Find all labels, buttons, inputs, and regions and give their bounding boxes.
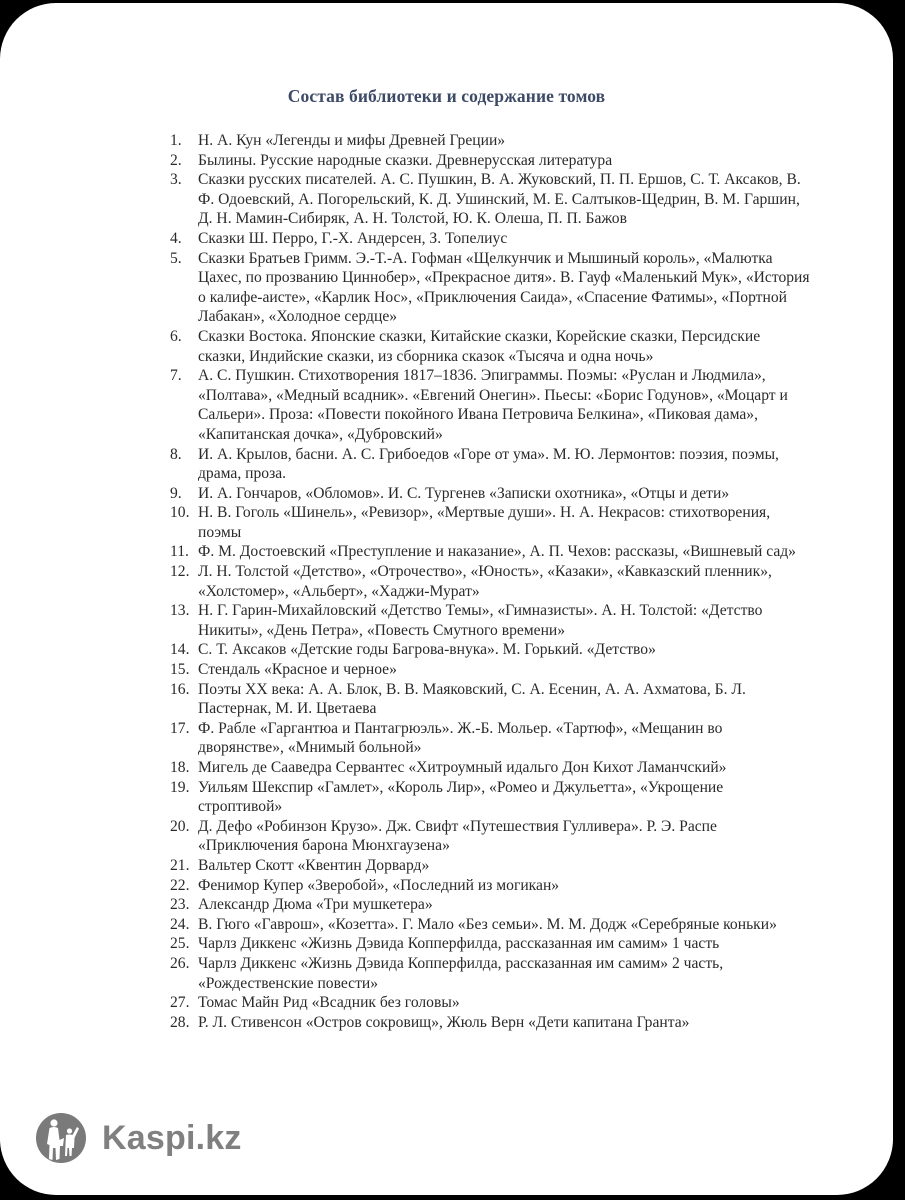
volume-contents: Н. Г. Гарин-Михайловский «Детство Темы»,… bbox=[198, 601, 810, 640]
volume-item: 28.Р. Л. Стивенсон «Остров сокровищ», Жю… bbox=[170, 1013, 810, 1033]
volume-number: 24. bbox=[170, 915, 190, 935]
volume-item: 13.Н. Г. Гарин-Михайловский «Детство Тем… bbox=[170, 601, 810, 640]
volume-item: 22.Фенимор Купер «Зверобой», «Последний … bbox=[170, 876, 810, 896]
volume-number: 7. bbox=[170, 366, 182, 386]
volume-contents: Сказки Братьев Гримм. Э.-Т.-А. Гофман «Щ… bbox=[198, 249, 810, 327]
volume-number: 23. bbox=[170, 895, 190, 915]
volume-item: 11.Ф. М. Достоевский «Преступление и нак… bbox=[170, 542, 810, 562]
volume-number: 10. bbox=[170, 503, 190, 523]
volume-item: 12.Л. Н. Толстой «Детство», «Отрочество»… bbox=[170, 562, 810, 601]
volume-item: 9.И. А. Гончаров, «Обломов». И. С. Турге… bbox=[170, 484, 810, 504]
volume-number: 6. bbox=[170, 327, 182, 347]
volume-contents: Сказки русских писателей. А. С. Пушкин, … bbox=[198, 170, 810, 229]
volume-number: 17. bbox=[170, 719, 190, 739]
volume-contents: Александр Дюма «Три мушкетера» bbox=[198, 895, 810, 915]
volume-item: 7.А. С. Пушкин. Стихотворения 1817–1836.… bbox=[170, 366, 810, 444]
volume-item: 5.Сказки Братьев Гримм. Э.-Т.-А. Гофман … bbox=[170, 249, 810, 327]
volume-item: 16.Поэты XX века: А. А. Блок, В. В. Маяк… bbox=[170, 680, 810, 719]
volume-number: 18. bbox=[170, 758, 190, 778]
volume-item: 6.Сказки Востока. Японские сказки, Китай… bbox=[170, 327, 810, 366]
volume-item: 2.Былины. Русские народные сказки. Древн… bbox=[170, 151, 810, 171]
volume-contents: Р. Л. Стивенсон «Остров сокровищ», Жюль … bbox=[198, 1013, 810, 1033]
volume-item: 18.Мигель де Сааведра Сервантес «Хитроум… bbox=[170, 758, 810, 778]
volume-contents: В. Гюго «Гаврош», «Козетта». Г. Мало «Бе… bbox=[198, 915, 810, 935]
volume-contents: Ф. Рабле «Гаргантюа и Пантагрюэль». Ж.-Б… bbox=[198, 719, 810, 758]
volume-number: 1. bbox=[170, 131, 182, 151]
volume-number: 21. bbox=[170, 856, 190, 876]
volume-contents: Фенимор Купер «Зверобой», «Последний из … bbox=[198, 876, 810, 896]
kaspi-watermark: Kaspi.kz bbox=[36, 1113, 242, 1163]
volume-number: 27. bbox=[170, 993, 190, 1013]
volume-item: 1.Н. А. Кун «Легенды и мифы Древней Грец… bbox=[170, 131, 810, 151]
page-title: Состав библиотеки и содержание томов bbox=[0, 86, 893, 107]
volume-number: 15. bbox=[170, 660, 190, 680]
volume-item: 21.Вальтер Скотт «Квентин Дорвард» bbox=[170, 856, 810, 876]
volume-number: 3. bbox=[170, 170, 182, 190]
volume-number: 8. bbox=[170, 445, 182, 465]
volume-item: 8.И. А. Крылов, басни. А. С. Грибоедов «… bbox=[170, 445, 810, 484]
volume-contents: Мигель де Сааведра Сервантес «Хитроумный… bbox=[198, 758, 810, 778]
volume-contents: Ф. М. Достоевский «Преступление и наказа… bbox=[198, 542, 810, 562]
volume-number: 5. bbox=[170, 249, 182, 269]
kaspi-brand-text: Kaspi.kz bbox=[102, 1119, 242, 1158]
volume-contents: Вальтер Скотт «Квентин Дорвард» bbox=[198, 856, 810, 876]
volume-item: 23.Александр Дюма «Три мушкетера» bbox=[170, 895, 810, 915]
volume-item: 20.Д. Дефо «Робинзон Крузо». Дж. Свифт «… bbox=[170, 817, 810, 856]
volume-item: 17.Ф. Рабле «Гаргантюа и Пантагрюэль». Ж… bbox=[170, 719, 810, 758]
kaspi-family-logo-icon bbox=[36, 1113, 86, 1163]
volume-number: 14. bbox=[170, 640, 190, 660]
volume-contents: Л. Н. Толстой «Детство», «Отрочество», «… bbox=[198, 562, 810, 601]
volume-number: 22. bbox=[170, 876, 190, 896]
volume-list: 1.Н. А. Кун «Легенды и мифы Древней Грец… bbox=[170, 131, 810, 1032]
volume-contents: Стендаль «Красное и черное» bbox=[198, 660, 810, 680]
volume-number: 26. bbox=[170, 954, 190, 974]
volume-contents: Н. А. Кун «Легенды и мифы Древней Греции… bbox=[198, 131, 810, 151]
volume-contents: Уильям Шекспир «Гамлет», «Король Лир», «… bbox=[198, 778, 810, 817]
volume-item: 4.Сказки Ш. Перро, Г.-Х. Андерсен, З. То… bbox=[170, 229, 810, 249]
volume-contents: Поэты XX века: А. А. Блок, В. В. Маяковс… bbox=[198, 680, 810, 719]
volume-contents: Н. В. Гоголь «Шинель», «Ревизор», «Мертв… bbox=[198, 503, 810, 542]
volume-contents: Чарлз Диккенс «Жизнь Дэвида Копперфилда,… bbox=[198, 954, 810, 993]
volume-item: 15.Стендаль «Красное и черное» bbox=[170, 660, 810, 680]
volume-number: 19. bbox=[170, 778, 190, 798]
volume-number: 28. bbox=[170, 1013, 190, 1033]
volume-item: 10.Н. В. Гоголь «Шинель», «Ревизор», «Ме… bbox=[170, 503, 810, 542]
volume-number: 11. bbox=[170, 542, 189, 562]
volume-contents: Д. Дефо «Робинзон Крузо». Дж. Свифт «Пут… bbox=[198, 817, 810, 856]
volume-contents: Томас Майн Рид «Всадник без головы» bbox=[198, 993, 810, 1013]
volume-contents: И. А. Гончаров, «Обломов». И. С. Тургене… bbox=[198, 484, 810, 504]
volume-contents: С. Т. Аксаков «Детские годы Багрова-внук… bbox=[198, 640, 810, 660]
volume-item: 26.Чарлз Диккенс «Жизнь Дэвида Копперфил… bbox=[170, 954, 810, 993]
volume-contents: Сказки Востока. Японские сказки, Китайск… bbox=[198, 327, 810, 366]
volume-number: 20. bbox=[170, 817, 190, 837]
document-card: Состав библиотеки и содержание томов 1.Н… bbox=[0, 3, 893, 1195]
volume-number: 4. bbox=[170, 229, 182, 249]
volume-contents: И. А. Крылов, басни. А. С. Грибоедов «Го… bbox=[198, 445, 810, 484]
volume-number: 9. bbox=[170, 484, 182, 504]
volume-number: 12. bbox=[170, 562, 190, 582]
volume-number: 2. bbox=[170, 151, 182, 171]
volume-number: 16. bbox=[170, 680, 190, 700]
volume-contents: Былины. Русские народные сказки. Древнер… bbox=[198, 151, 810, 171]
volume-item: 19.Уильям Шекспир «Гамлет», «Король Лир»… bbox=[170, 778, 810, 817]
volume-item: 3.Сказки русских писателей. А. С. Пушкин… bbox=[170, 170, 810, 229]
volume-contents: Сказки Ш. Перро, Г.-Х. Андерсен, З. Топе… bbox=[198, 229, 810, 249]
volume-contents: А. С. Пушкин. Стихотворения 1817–1836. Э… bbox=[198, 366, 810, 444]
volume-number: 25. bbox=[170, 934, 190, 954]
volume-item: 25.Чарлз Диккенс «Жизнь Дэвида Копперфил… bbox=[170, 934, 810, 954]
volume-item: 24.В. Гюго «Гаврош», «Козетта». Г. Мало … bbox=[170, 915, 810, 935]
volume-item: 14.С. Т. Аксаков «Детские годы Багрова-в… bbox=[170, 640, 810, 660]
volume-item: 27.Томас Майн Рид «Всадник без головы» bbox=[170, 993, 810, 1013]
volume-number: 13. bbox=[170, 601, 190, 621]
volume-contents: Чарлз Диккенс «Жизнь Дэвида Копперфилда,… bbox=[198, 934, 810, 954]
